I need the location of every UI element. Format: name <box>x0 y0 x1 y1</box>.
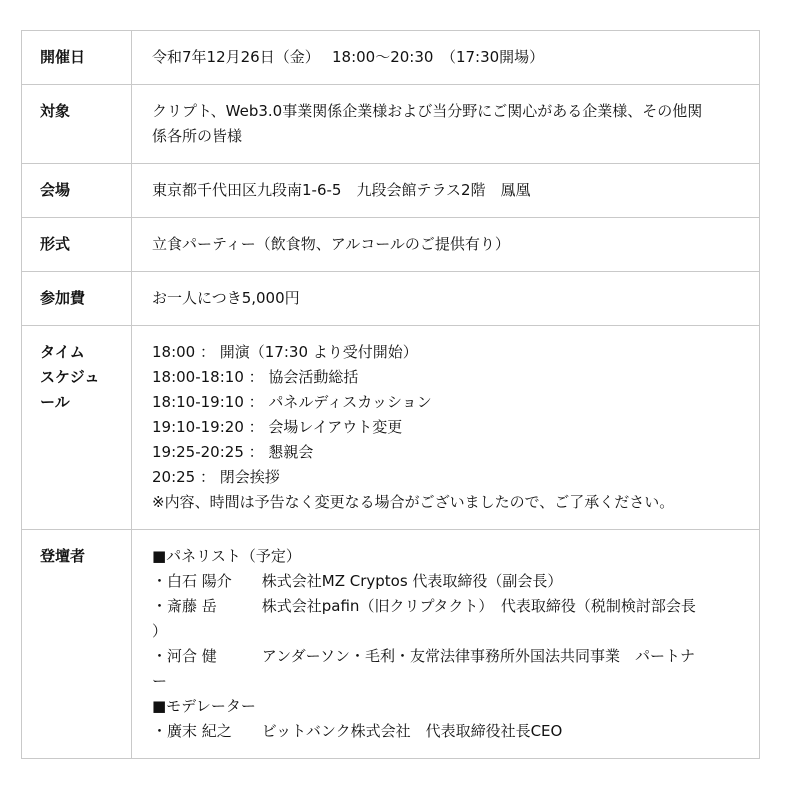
table-row: 形式立食パーティー（飲食物、アルコールのご提供有り） <box>22 218 760 272</box>
row-content: ■パネリスト（予定） ・白石 陽介 株式会社MZ Cryptos 代表取締役（副… <box>132 530 760 759</box>
table-row: 参加費お一人につき5,000円 <box>22 272 760 326</box>
row-label: 参加費 <box>22 272 132 326</box>
row-content: 立食パーティー（飲食物、アルコールのご提供有り） <box>132 218 760 272</box>
row-content: 18:00 ： 開演（17:30 より受付開始） 18:00-18:10 ： 協… <box>132 326 760 530</box>
row-label: タイム スケジュ ール <box>22 326 132 530</box>
table-row: 登壇者■パネリスト（予定） ・白石 陽介 株式会社MZ Cryptos 代表取締… <box>22 530 760 759</box>
table-body: 開催日令和7年12月26日（金） 18:00～20:30 （17:30開場）対象… <box>22 31 760 759</box>
table-row: 会場東京都千代田区九段南1-6-5 九段会館テラス2階 鳳凰 <box>22 164 760 218</box>
row-label: 対象 <box>22 85 132 164</box>
row-content: 令和7年12月26日（金） 18:00～20:30 （17:30開場） <box>132 31 760 85</box>
event-info-table: 開催日令和7年12月26日（金） 18:00～20:30 （17:30開場）対象… <box>21 30 760 759</box>
row-label: 会場 <box>22 164 132 218</box>
row-label: 登壇者 <box>22 530 132 759</box>
table-row: 対象クリプト、Web3.0事業関係企業様および当分野にご関心がある企業様、その他… <box>22 85 760 164</box>
row-content: 東京都千代田区九段南1-6-5 九段会館テラス2階 鳳凰 <box>132 164 760 218</box>
table-row: 開催日令和7年12月26日（金） 18:00～20:30 （17:30開場） <box>22 31 760 85</box>
row-label: 開催日 <box>22 31 132 85</box>
row-label: 形式 <box>22 218 132 272</box>
row-content: お一人につき5,000円 <box>132 272 760 326</box>
row-content: クリプト、Web3.0事業関係企業様および当分野にご関心がある企業様、その他関 … <box>132 85 760 164</box>
table-row: タイム スケジュ ール18:00 ： 開演（17:30 より受付開始） 18:0… <box>22 326 760 530</box>
